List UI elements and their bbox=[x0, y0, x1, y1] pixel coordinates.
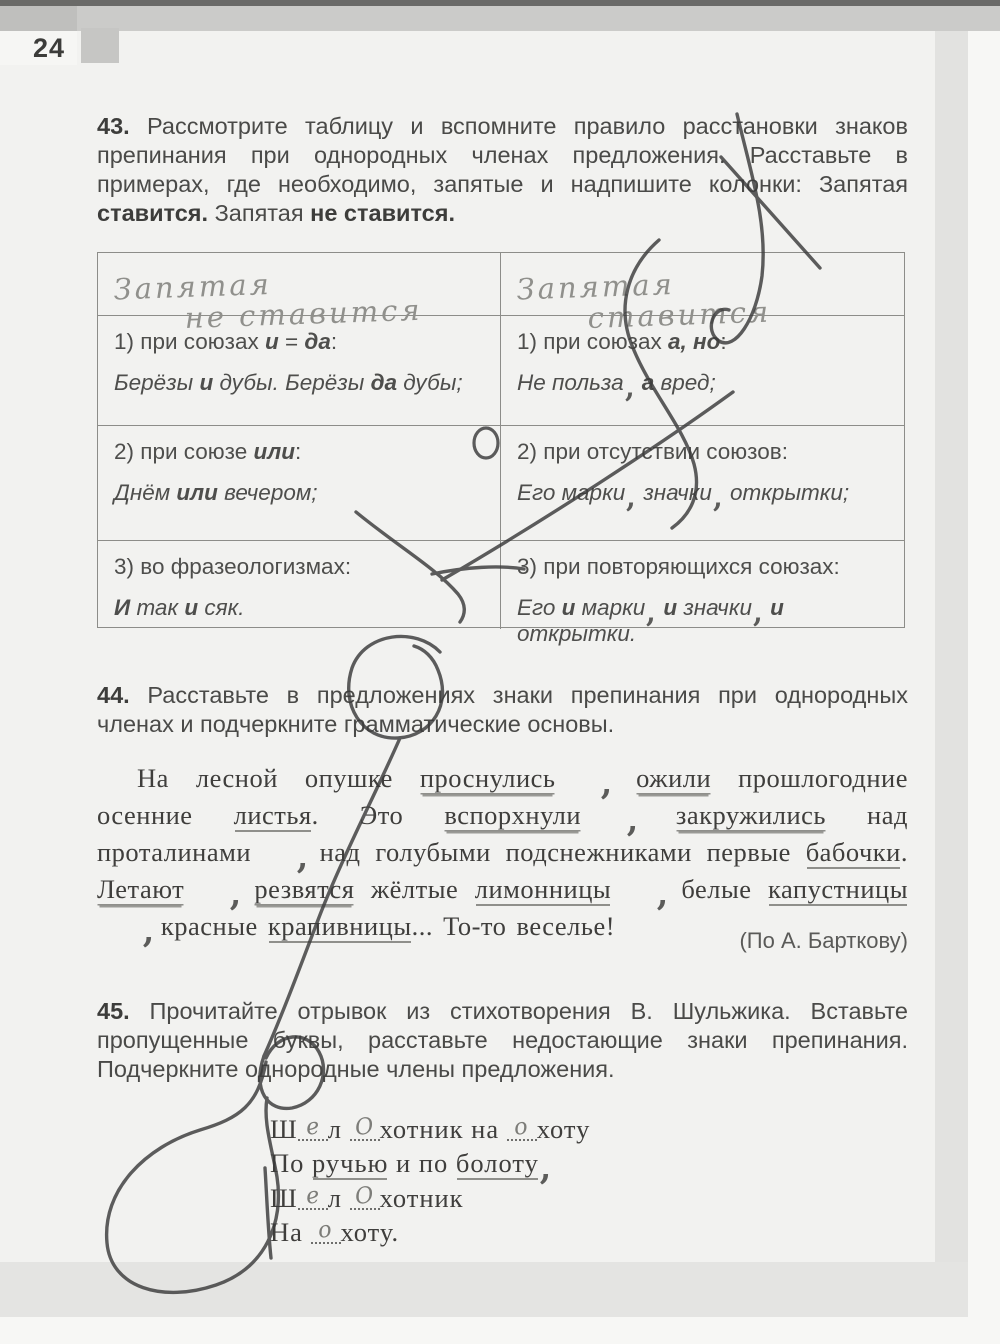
letter-blank: о bbox=[311, 1215, 341, 1244]
poem-line-2: По ручью и по болоту, bbox=[270, 1146, 590, 1181]
handwritten-comma: , bbox=[540, 1148, 553, 1191]
table-cell-rule1-left: 1) при союзах и = да: Берёзы и дубы. Бер… bbox=[98, 316, 501, 426]
author-attribution: (По А. Барткову) bbox=[97, 928, 908, 954]
handwritten-comma: , bbox=[646, 597, 656, 630]
handwritten-letter: О bbox=[353, 1178, 377, 1214]
handwritten-comma: , bbox=[247, 836, 309, 881]
page-number: 24 bbox=[33, 33, 65, 64]
table-cell-rule2-left: 2) при союзе или: Днём или вечером; bbox=[98, 426, 501, 541]
handwritten-letter: е bbox=[303, 1178, 322, 1214]
gray-marker-square bbox=[81, 28, 119, 63]
table-cell-rule3-left: 3) во фразеологизмах: И так и сяк. bbox=[98, 541, 501, 629]
table-cell-rule1-right: 1) при союзах а, но: Не польза, а вред; bbox=[501, 316, 904, 426]
table-header-right: Запятая ставится bbox=[501, 253, 904, 316]
top-gray-band-left bbox=[0, 6, 77, 31]
handwritten-comma: , bbox=[713, 482, 723, 515]
handwritten-comma: , bbox=[626, 482, 636, 515]
top-gray-band bbox=[0, 6, 1000, 31]
handwritten-comma: , bbox=[625, 372, 635, 405]
letter-blank: о bbox=[507, 1112, 537, 1141]
page-number-box: 24 bbox=[0, 31, 77, 65]
punctuation-table: Запятая не ставится Запятая ставится 1) … bbox=[97, 252, 905, 628]
handwritten-letter: о bbox=[512, 1109, 531, 1145]
handwritten-letter: е bbox=[303, 1109, 322, 1145]
poem-line-4: На охоту. bbox=[270, 1215, 590, 1249]
exercise-45-instructions: 45. Прочитайте отрывок из стихотворения … bbox=[97, 997, 908, 1084]
handwritten-letter: О bbox=[353, 1109, 377, 1145]
right-gray-band bbox=[935, 31, 968, 1317]
bottom-gray-band bbox=[0, 1262, 968, 1317]
letter-blank: О bbox=[350, 1112, 380, 1141]
exercise-44-instructions: 44. Расставьте в предложениях знаки преп… bbox=[97, 681, 908, 739]
exercise-43-instructions: 43. Рассмотрите таблицу и вспомните прав… bbox=[97, 112, 908, 228]
poem: Шел Охотник на охоту По ручью и по болот… bbox=[270, 1112, 590, 1249]
handwritten-comma: , bbox=[180, 873, 242, 918]
letter-blank: О bbox=[350, 1181, 380, 1210]
poem-line-1: Шел Охотник на охоту bbox=[270, 1112, 590, 1146]
exercise-44-text: На лесной опушке проснулись, ожили прошл… bbox=[97, 760, 908, 945]
scanned-workbook-page: { "page": { "number": "24" }, "ex43": { … bbox=[0, 0, 1000, 1344]
table-cell-rule2-right: 2) при отсутствии союзов: Его марки, зна… bbox=[501, 426, 904, 541]
handwritten-letter: о bbox=[316, 1212, 335, 1248]
handwritten-comma: , bbox=[577, 799, 639, 844]
table-cell-rule3-right: 3) при повторяющихся союзах: Его и марки… bbox=[501, 541, 904, 629]
table-header-left: Запятая не ставится bbox=[98, 253, 501, 316]
letter-blank: е bbox=[298, 1112, 328, 1141]
handwritten-comma: , bbox=[753, 597, 763, 630]
handwritten-comma: , bbox=[607, 873, 669, 918]
letter-blank: е bbox=[298, 1181, 328, 1210]
